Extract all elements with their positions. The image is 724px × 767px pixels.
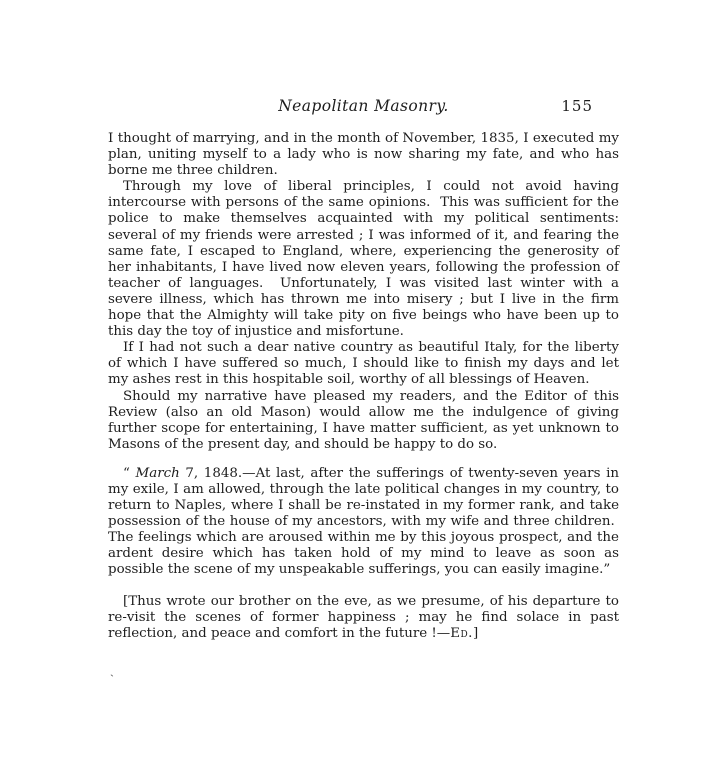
paragraph: If I had not such a dear native country … <box>108 340 619 388</box>
stray-mark: ˎ <box>110 663 114 678</box>
page-body: I thought of marrying, and in the month … <box>108 131 619 642</box>
scanned-page: Neapolitan Masonry. 155 I thought of mar… <box>0 0 724 767</box>
text-block: Neapolitan Masonry. 155 I thought of mar… <box>108 97 619 642</box>
text-segment-normal: “ <box>123 466 136 481</box>
paragraph: I thought of marrying, and in the month … <box>108 131 619 179</box>
text-segment-smallcaps: Ed. <box>450 626 473 641</box>
paragraph: [Thus wrote our brother on the eve, as w… <box>108 594 619 642</box>
paragraph: “ March 7, 1848.—At last, after the suff… <box>108 466 619 579</box>
paragraph: Should my narrative have pleased my read… <box>108 389 619 453</box>
running-header: Neapolitan Masonry. 155 <box>108 97 619 117</box>
text-segment-normal: Through my love of liberal principles, I… <box>108 179 619 339</box>
text-segment-normal: Should my narrative have pleased my read… <box>108 389 619 452</box>
text-segment-normal: [Thus wrote our brother on the eve, as w… <box>108 594 619 641</box>
text-segment-italic: March <box>136 466 180 481</box>
text-segment-normal: I thought of marrying, and in the month … <box>108 131 619 178</box>
page-title: Neapolitan Masonry. <box>108 97 619 115</box>
text-segment-normal: ] <box>473 626 478 641</box>
page-number: 155 <box>561 97 593 115</box>
text-segment-normal: If I had not such a dear native country … <box>108 340 619 387</box>
paragraph: Through my love of liberal principles, I… <box>108 179 619 340</box>
text-segment-normal: 7, 1848.—At last, after the sufferings o… <box>108 466 619 578</box>
